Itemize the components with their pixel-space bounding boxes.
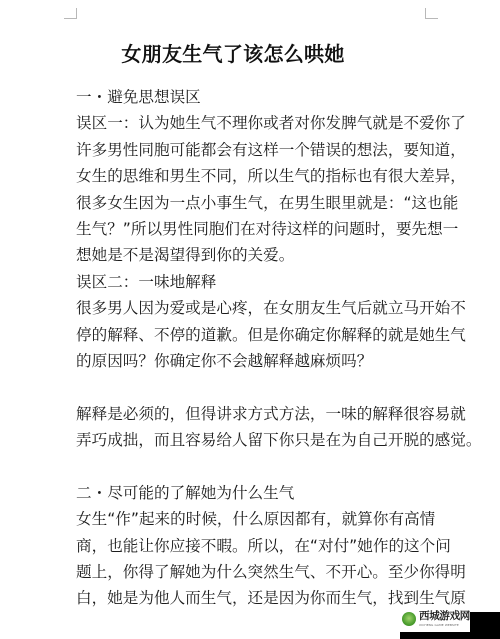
watermark-site-subtitle: XICHENG GAME WEBSITE [419, 624, 470, 627]
document-page: 女朋友生气了该怎么哄她 一・避免思想误区 误区一：认为她生气不理你或者对你发脾气… [0, 0, 500, 639]
paragraph-line: 生气？”所以男性同胞们在对待这样的问题时，要先想一 [76, 216, 428, 242]
paragraph-line: 弄巧成拙，而且容易给人留下你只是在为自己开脱的感觉。 [76, 427, 428, 453]
paragraph-line: 女生“作”起来的时候，什么原因都有，就算你有高情 [76, 506, 428, 532]
document-body: 一・避免思想误区 误区一：认为她生气不理你或者对你发脾气就是不爱你了 许多男性同… [76, 84, 428, 612]
paragraph-line: 停的解释、不停的道歉。但是你确定你解释的就是她生气 [76, 322, 428, 348]
paragraph-line: 女生的思维和男生不同，所以生气的指标也有很大差异， [76, 163, 428, 189]
leaf-globe-logo-icon [402, 612, 416, 626]
paragraph-line: 误区一：认为她生气不理你或者对你发脾气就是不爱你了 [76, 110, 428, 136]
paragraph-line: 很多女生因为一点小事生气，在男生眼里就是：“这也能 [76, 190, 428, 216]
crop-mark-top-right-icon [425, 8, 438, 19]
paragraph-line: 题上，你得了解她为什么突然生气、不开心。至少你得明 [76, 559, 428, 585]
crop-mark-top-left-icon [64, 8, 77, 19]
paragraph-line: 想她是不是渴望得到你的关爱。 [76, 242, 428, 268]
paragraph-line: 白，她是为他人而生气，还是因为你而生气，找到生气原 [76, 585, 428, 611]
watermark-site-name: 西城游戏网 [419, 611, 470, 622]
blank-line [76, 453, 428, 479]
site-watermark: 西城游戏网 XICHENG GAME WEBSITE [399, 606, 470, 632]
blank-line [76, 374, 428, 400]
paragraph-line: 商，也能让你应接不暇。所以，在“对付”她作的这个问 [76, 533, 428, 559]
watermark-backdrop [400, 632, 500, 639]
watermark-text: 西城游戏网 XICHENG GAME WEBSITE [419, 611, 470, 627]
section-heading-2: 二・尽可能的了解她为什么生气 [76, 480, 428, 506]
document-title: 女朋友生气了该怎么哄她 [0, 38, 466, 67]
subheading-line: 误区二：一味地解释 [76, 269, 428, 295]
paragraph-line: 许多男性同胞可能都会有这样一个错误的想法，要知道， [76, 137, 428, 163]
paragraph-line: 很多男人因为爱或是心疼，在女朋友生气后就立马开始不 [76, 295, 428, 321]
paragraph-line: 的原因吗？你确定你不会越解释越麻烦吗？ [76, 348, 428, 374]
section-heading-1: 一・避免思想误区 [76, 84, 428, 110]
paragraph-line: 解释是必须的，但得讲求方式方法，一味的解释很容易就 [76, 401, 428, 427]
